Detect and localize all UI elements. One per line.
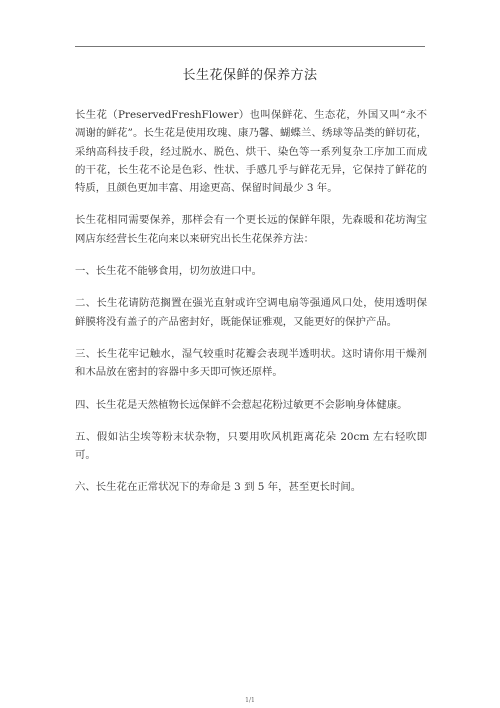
paragraph-tip-1: 一、长生花不能够食用，切勿放进口中。 — [75, 262, 427, 280]
paragraph-tip-5: 五、假如沾尘埃等粉末状杂物，只要用吹风机距离花朵 20cm 左右轻吹即可。 — [75, 428, 427, 465]
paragraph-tip-4: 四、长生花是天然植物长远保鲜不会惹起花粉过敏更不会影响身体健康。 — [75, 396, 427, 414]
paragraph-tip-3: 三、长生花牢记触水，湿气较重时花瓣会表现半透明状。这时请你用干燥剂和木品放在密封… — [75, 345, 427, 382]
header-rule — [75, 46, 425, 47]
document-body: 长生花（PreservedFreshFlower）也叫保鲜花、生态花，外国又叫“… — [75, 106, 427, 511]
paragraph-intro: 长生花（PreservedFreshFlower）也叫保鲜花、生态花，外国又叫“… — [75, 106, 427, 197]
page-number: 1/1 — [0, 697, 500, 704]
document-title: 长生花保鲜的保养方法 — [0, 64, 500, 83]
paragraph-preface: 长生花相同需要保养，那样会有一个更长远的保鲜年限，先森暖和花坊淘宝网店东经营长生… — [75, 211, 427, 248]
paragraph-tip-6: 六、长生花在正常状况下的寿命是 3 到 5 年，甚至更长时间。 — [75, 478, 427, 496]
paragraph-tip-2: 二、长生花请防范搁置在强光直射或许空调电扇等强通风口处，使用透明保鲜膜将没有盖子… — [75, 294, 427, 331]
